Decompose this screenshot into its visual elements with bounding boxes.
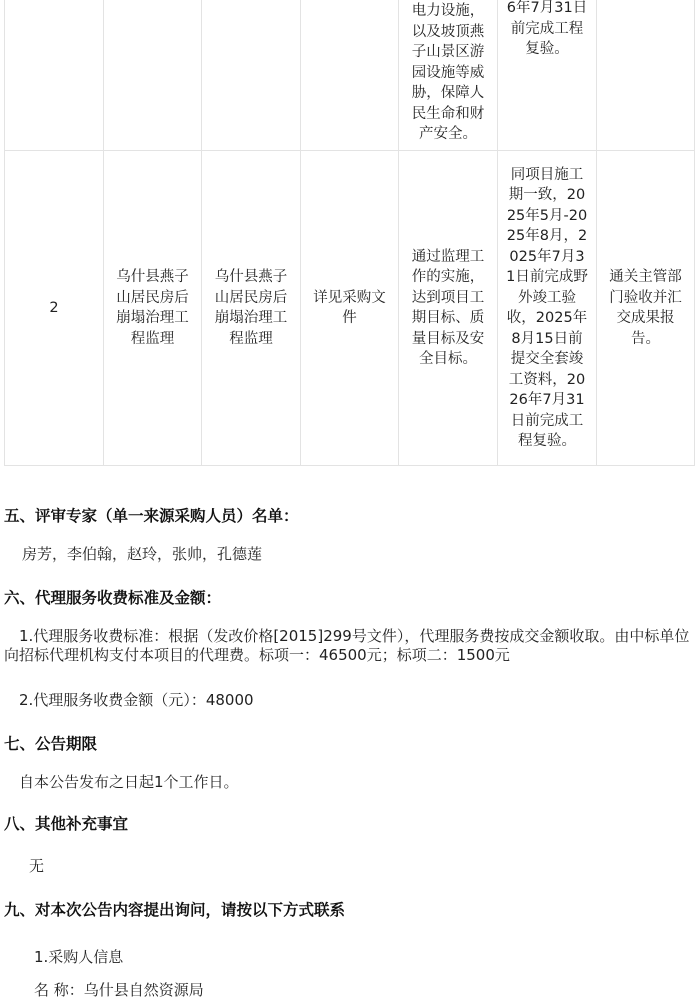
cell-name: 乌什县燕子山居民房后崩塌治理工程监理 <box>104 151 202 466</box>
agency-fee-standard: 1.代理服务收费标准：根据（发改价格[2015]299号文件），代理服务费按成交… <box>4 627 694 665</box>
cell-goal: 通过监理工作的实施，达到项目工期目标、质量目标及安全目标。 <box>399 151 498 466</box>
procurement-table: 电力设施，以及坡顶燕子山景区游园设施等威胁，保障人民生命和财产安全。 6年7月3… <box>4 0 695 466</box>
agency-fee-amount: 2.代理服务收费金额（元）：48000 <box>19 689 254 710</box>
cell-name <box>104 0 202 151</box>
cell-period: 6年7月31日前完成工程复验。 <box>498 0 597 151</box>
section-title-contact: 九、对本次公告内容提出询问，请按以下方式联系 <box>4 898 345 920</box>
cell-content: 乌什县燕子山居民房后崩塌治理工程监理 <box>202 151 301 466</box>
purchaser-info-label: 1.采购人信息 <box>34 946 123 967</box>
cell-budget <box>301 0 399 151</box>
cell-period-text: 6年7月31日前完成工程复验。 <box>505 0 589 60</box>
cell-content <box>202 0 301 151</box>
purchaser-name: 名 称：乌什县自然资源局 <box>34 979 204 1000</box>
cell-index: 2 <box>5 151 104 466</box>
cell-period: 同项目施工期一致，2025年5月-2025年8月，2025年7月31日前完成野外… <box>498 151 597 466</box>
section-title-other-matters: 八、其他补充事宜 <box>4 812 128 834</box>
notice-period-text: 自本公告发布之日起1个工作日。 <box>19 771 239 792</box>
section-title-agency-fee: 六、代理服务收费标准及金额： <box>4 586 221 608</box>
section-title-experts: 五、评审专家（单一来源采购人员）名单： <box>4 504 299 526</box>
table-row: 2 乌什县燕子山居民房后崩塌治理工程监理 乌什县燕子山居民房后崩塌治理工程监理 … <box>5 151 695 466</box>
cell-index <box>5 0 104 151</box>
table-row: 电力设施，以及坡顶燕子山景区游园设施等威胁，保障人民生命和财产安全。 6年7月3… <box>5 0 695 151</box>
section-title-notice-period: 七、公告期限 <box>4 732 97 754</box>
other-matters-text: 无 <box>29 855 44 876</box>
cell-acceptance <box>597 0 695 151</box>
cell-acceptance: 通关主管部门验收并汇交成果报告。 <box>597 151 695 466</box>
experts-list: 房芳，李伯翰，赵玲，张帅，孔德莲 <box>22 543 262 564</box>
cell-goal: 电力设施，以及坡顶燕子山景区游园设施等威胁，保障人民生命和财产安全。 <box>399 0 498 151</box>
cell-budget: 详见采购文件 <box>301 151 399 466</box>
